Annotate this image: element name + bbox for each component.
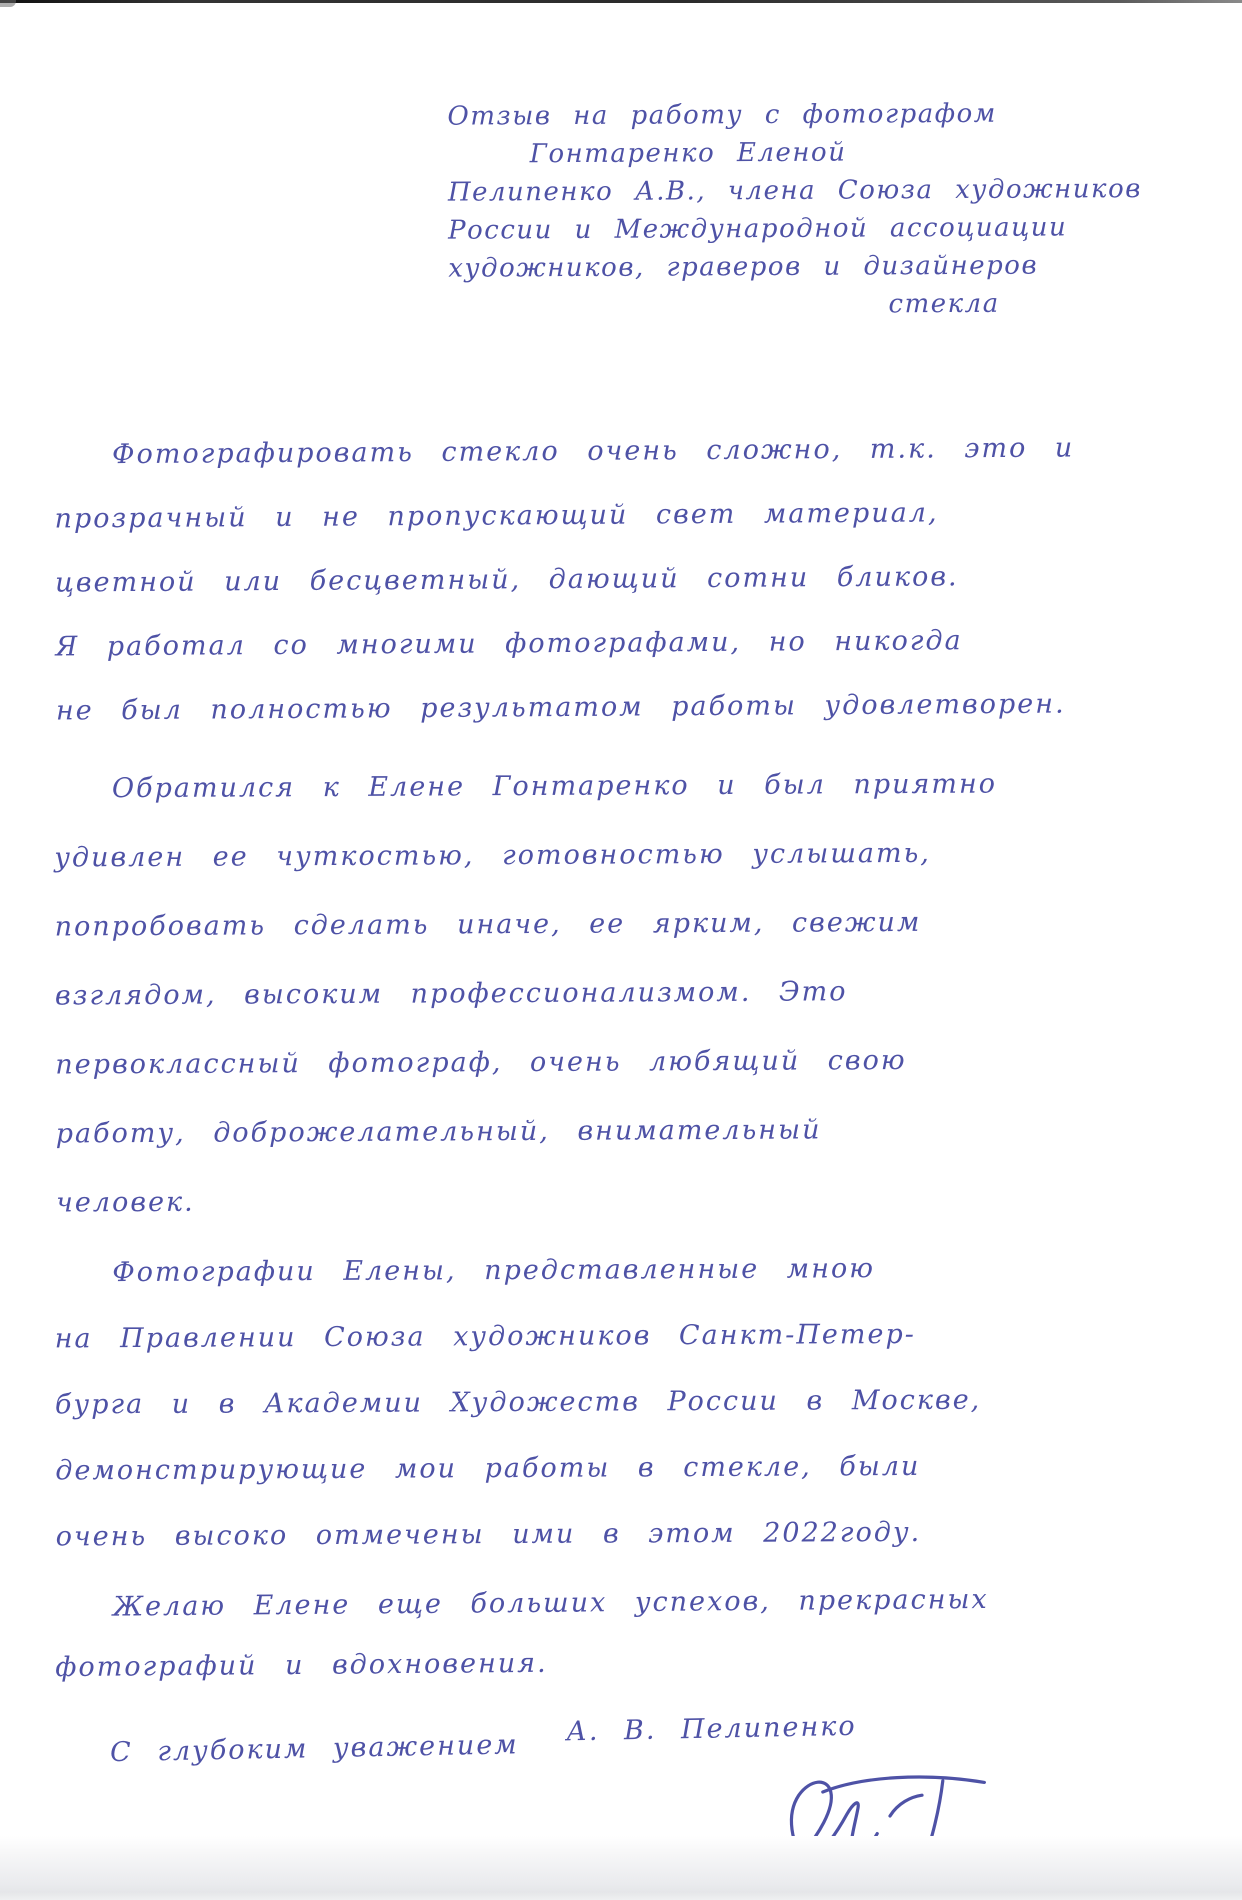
letter-header: Отзыв на работу с фотографомГонтаренко Е…: [447, 94, 1088, 325]
scan-corner-smudge: [0, 0, 16, 7]
handwritten-line: Желаю Елене еще больших успехов, прекрас…: [54, 1570, 988, 1638]
handwritten-line: человек.: [56, 1164, 999, 1238]
handwritten-line: Я работал со многими фотографами, но ник…: [55, 608, 1076, 679]
handwritten-line: очень высоко отмечены ими в этом 2022год…: [56, 1500, 983, 1571]
body-paragraph-3: Фотографии Елены, представленные мноюна …: [54, 1236, 982, 1571]
handwritten-line: Фотографировать стекло очень сложно, т.к…: [54, 416, 1075, 487]
handwritten-line: удивлен ее чуткостью, готовностью услыша…: [54, 819, 997, 893]
handwritten-line: Фотографии Елены, представленные мною: [54, 1236, 981, 1307]
scan-bottom-shadow: [0, 1836, 1242, 1900]
handwritten-line: попробовать сделать иначе, ее ярким, све…: [54, 888, 997, 962]
handwritten-line: стекла: [448, 284, 1088, 325]
closing-salutation: С глубоким уважением: [110, 1729, 519, 1768]
handwritten-line: Обратился к Елене Гонтаренко и был прият…: [54, 750, 997, 824]
handwritten-line: Отзыв на работу с фотографом: [447, 94, 1087, 135]
body-paragraph-4: Желаю Елене еще больших успехов, прекрас…: [54, 1570, 989, 1698]
closing-line: С глубоким уважением А. В. Пелипенко: [110, 1723, 857, 1768]
handwritten-line: демонстрирующие мои работы в стекле, был…: [55, 1434, 982, 1505]
handwritten-line: художников, граверов и дизайнеров: [448, 246, 1088, 287]
closing-signed-by: А. В. Пелипенко: [566, 1711, 857, 1748]
handwritten-line: первоклассный фотограф, очень любящий св…: [55, 1026, 998, 1100]
handwritten-line: взглядом, высоким профессионализмом. Это: [55, 957, 998, 1031]
handwritten-line: бурга и в Академии Художеств России в Мо…: [55, 1368, 982, 1439]
handwritten-line: прозрачный и не пропускающий свет матери…: [54, 480, 1075, 551]
handwritten-line: Гонтаренко Еленой: [448, 132, 1088, 173]
body-paragraph-2: Обратился к Елене Гонтаренко и был прият…: [54, 750, 1000, 1238]
handwritten-line: фотографий и вдохновения.: [55, 1630, 989, 1698]
handwritten-line: не был полностью результатом работы удов…: [56, 672, 1077, 743]
body-paragraph-1: Фотографировать стекло очень сложно, т.к…: [54, 416, 1076, 743]
scan-top-edge-line: [0, 0, 1242, 3]
handwritten-line: Пелипенко А.В., члена Союза художников: [448, 170, 1088, 211]
handwritten-line: России и Международной ассоциации: [448, 208, 1088, 249]
scanned-letter-page: Отзыв на работу с фотографомГонтаренко Е…: [0, 0, 1242, 1900]
handwritten-line: на Правлении Союза художников Санкт-Пете…: [54, 1302, 981, 1373]
handwritten-line: цветной или бесцветный, дающий сотни бли…: [55, 544, 1076, 615]
handwritten-line: работу, доброжелательный, внимательный: [56, 1095, 999, 1169]
